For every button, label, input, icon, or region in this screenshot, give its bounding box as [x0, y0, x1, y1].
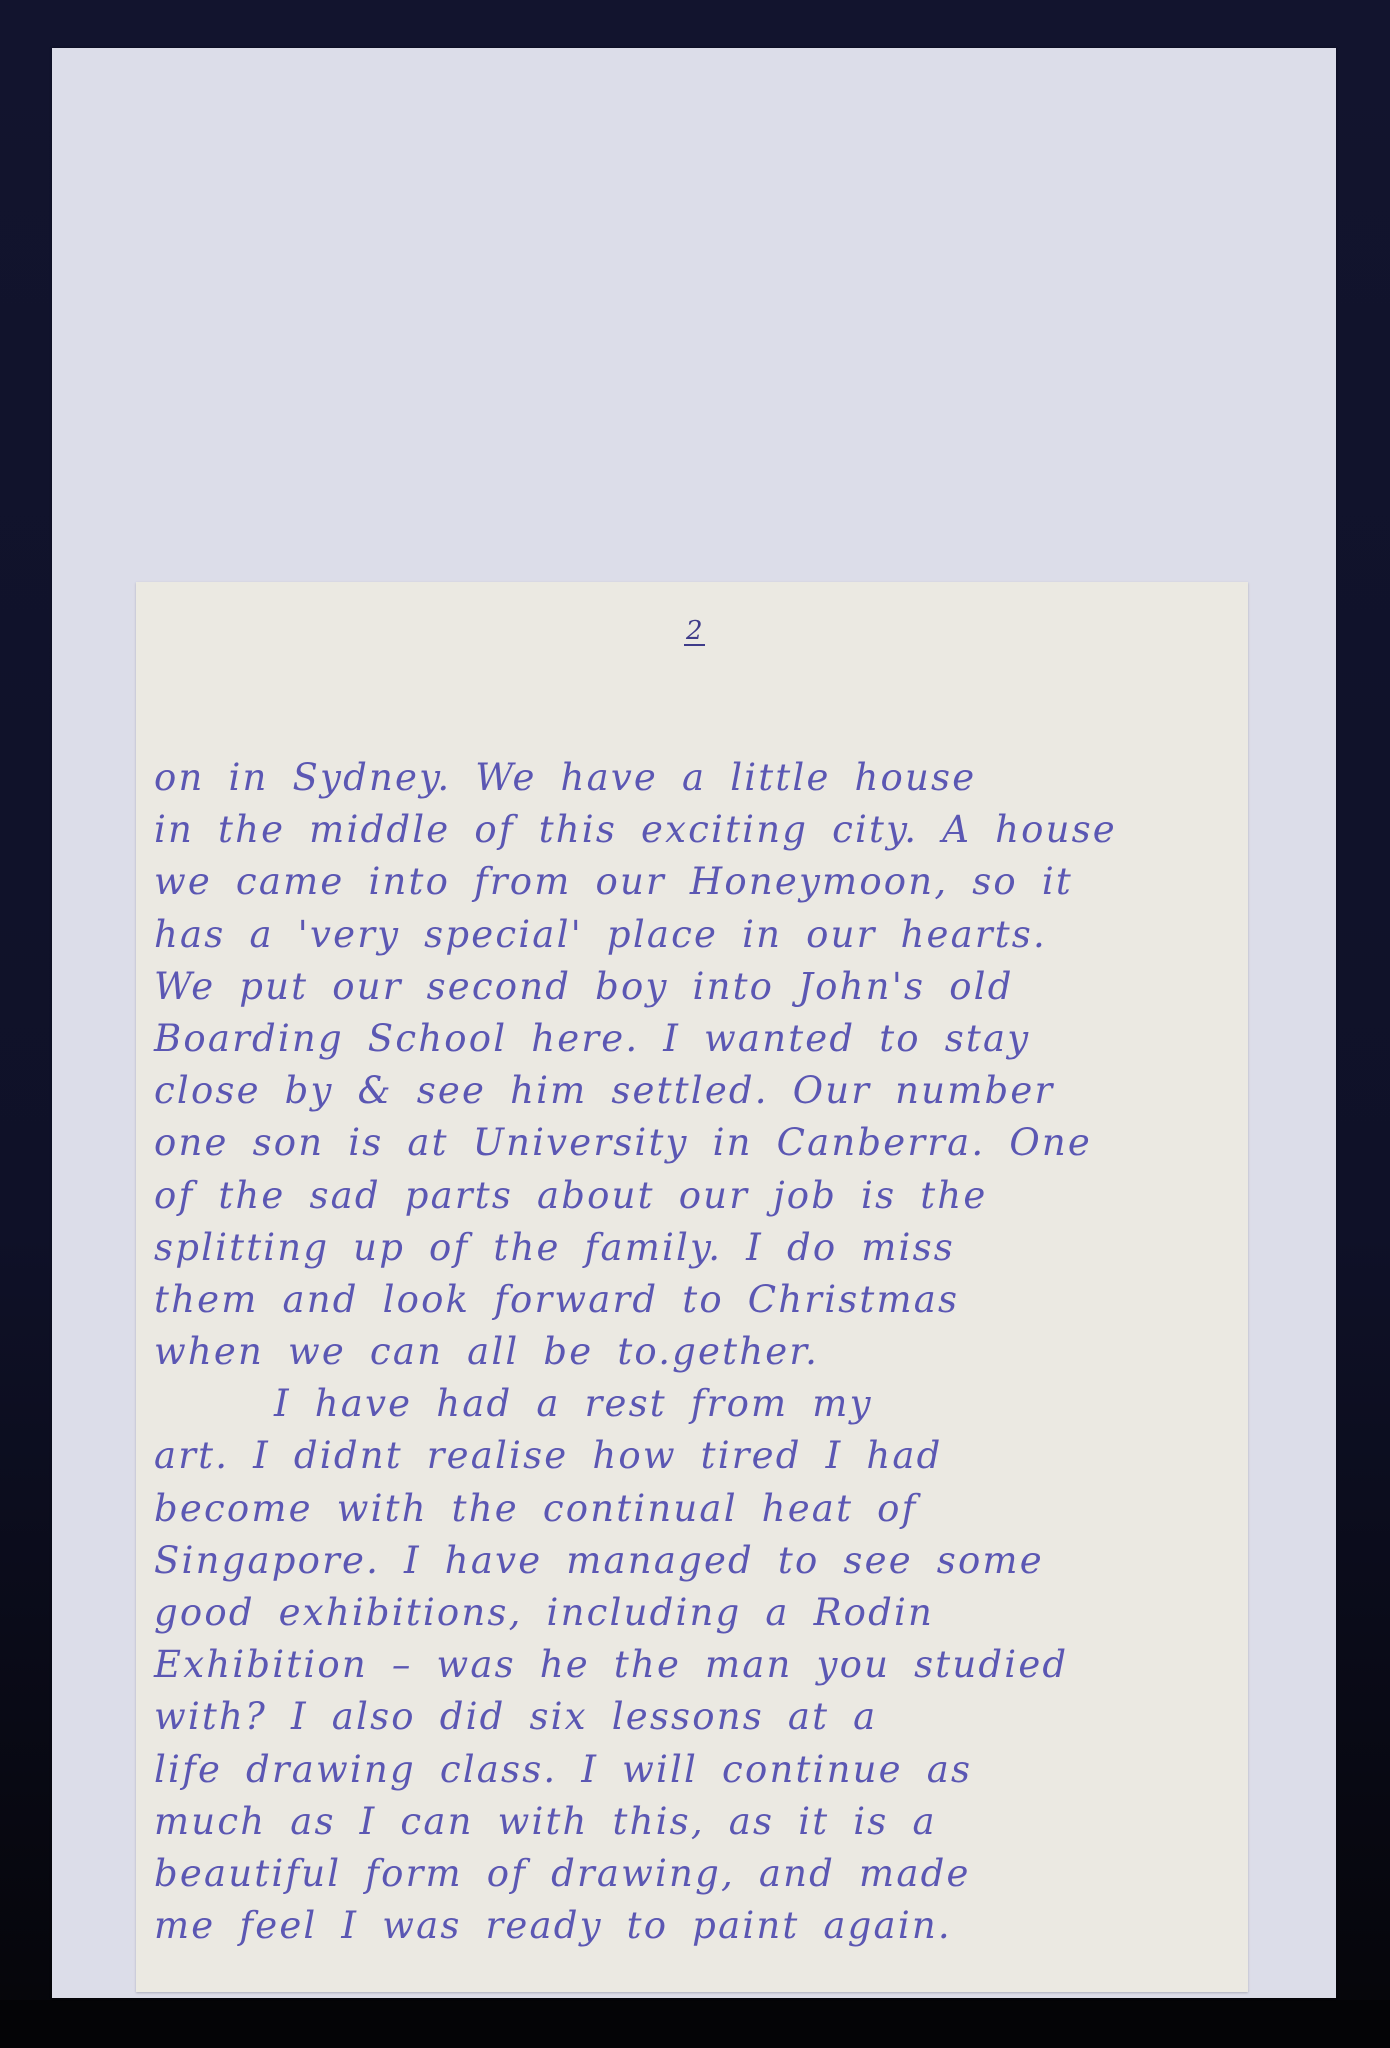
- letter-line: has a 'very special' place in our hearts…: [154, 909, 1234, 961]
- letter-line: We put our second boy into John's old: [154, 961, 1234, 1013]
- letter-line: good exhibitions, including a Rodin: [154, 1587, 1234, 1639]
- letter-line: Exhibition – was he the man you studied: [154, 1639, 1234, 1691]
- letter-line: when we can all be to.gether.: [154, 1326, 1234, 1378]
- letter-line: art. I didnt realise how tired I had: [154, 1430, 1234, 1482]
- letter-line: we came into from our Honeymoon, so it: [154, 856, 1234, 908]
- letter-line: become with the continual heat of: [154, 1483, 1234, 1535]
- letter-line: Singapore. I have managed to see some: [154, 1535, 1234, 1587]
- letter-line: in the middle of this exciting city. A h…: [154, 804, 1234, 856]
- letter-line: with? I also did six lessons at a: [154, 1691, 1234, 1743]
- page-number: 2: [684, 618, 705, 646]
- letter-line: splitting up of the family. I do miss: [154, 1222, 1234, 1274]
- letter-line: them and look forward to Christmas: [154, 1274, 1234, 1326]
- letter-line: life drawing class. I will continue as: [154, 1744, 1234, 1796]
- letter-line: Boarding School here. I wanted to stay: [154, 1013, 1234, 1065]
- letter-page: 2 on in Sydney. We have a little house i…: [136, 582, 1248, 1992]
- letter-line: much as I can with this, as it is a: [154, 1796, 1234, 1848]
- letter-line: one son is at University in Canberra. On…: [154, 1117, 1234, 1169]
- letter-line: of the sad parts about our job is the: [154, 1170, 1234, 1222]
- scanner-bottom-edge: [0, 2000, 1390, 2048]
- letter-line: close by & see him settled. Our number: [154, 1065, 1234, 1117]
- letter-line: me feel I was ready to paint again.: [154, 1900, 1234, 1952]
- letter-body: on in Sydney. We have a little house in …: [154, 752, 1234, 1952]
- paragraph-start-line: I have had a rest from my: [154, 1378, 1234, 1430]
- letter-line: beautiful form of drawing, and made: [154, 1848, 1234, 1900]
- letter-line: on in Sydney. We have a little house: [154, 752, 1234, 804]
